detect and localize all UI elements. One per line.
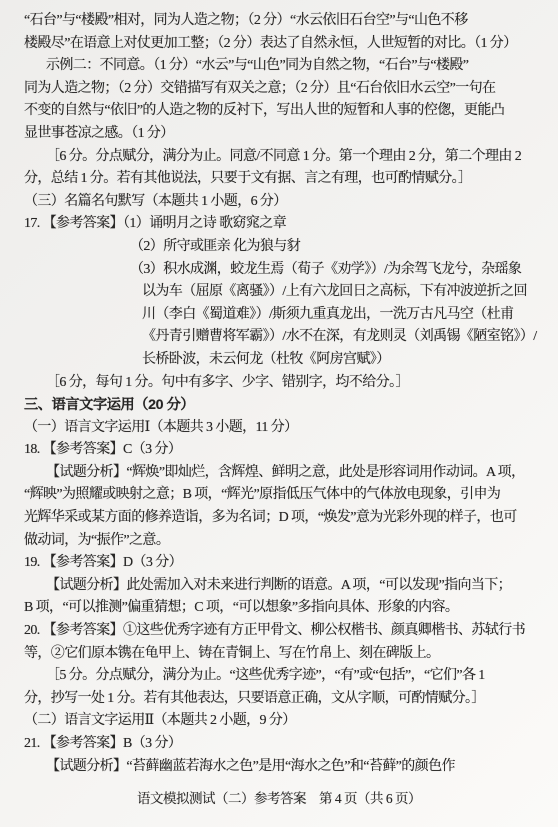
- text-line: “石台”与“楼殿”相对，同为人造之物；（2 分）“水云依旧石台空”与“山色不移: [24, 10, 552, 33]
- answer-text-block: “石台”与“楼殿”相对，同为人造之物；（2 分）“水云依旧石台空”与“山色不移楼…: [0, 0, 558, 778]
- page-footer: 语文模拟测试（二）参考答案 第 4 页（共 6 页）: [0, 787, 558, 807]
- text-line: 同为人造之物；（2 分）交错描写有双关之意；（2 分）且“石台依旧水云空”一句在: [24, 78, 552, 101]
- text-line: 长桥卧波，未云何龙（杜牧《阿房宫赋》）: [24, 349, 552, 372]
- text-line: （三）名篇名句默写（本题共 1 小题，6 分）: [24, 191, 552, 214]
- text-line: 分，抄写一处 1 分。若有其他表达，只要语意正确，文从字顺，可酌情赋分。］: [24, 688, 552, 711]
- text-line: 做动词，为“振作”之意。: [24, 530, 552, 553]
- text-line: （2）所守或匪亲 化为狼与豺: [24, 236, 552, 259]
- text-line: 20. 【参考答案】①这些优秀字迹有方正甲骨文、柳公权楷书、颜真卿楷书、苏轼行书: [24, 620, 552, 643]
- text-line: 川（李白《蜀道难》）/斯须九重真龙出，一洗万古凡马空（杜甫: [24, 304, 552, 327]
- text-line: 19. 【参考答案】D（3 分）: [24, 552, 552, 575]
- text-line: ［6 分，每句 1 分。句中有多字、少字、错别字，均不给分。］: [24, 372, 552, 395]
- text-line: 以为车（屈原《离骚》）/上有六龙回日之高标，下有冲波逆折之回: [24, 281, 552, 304]
- text-line: 不变的自然与“依旧”的人造之物的反衬下，写出人世的短暂和人事的倥偬，更能凸: [24, 100, 552, 123]
- text-line: “辉映”为照耀或映射之意；B 项，“辉光”原指低压气体中的气体放电现象，引申为: [24, 484, 552, 507]
- text-line: 分，总结 1 分。若有其他说法，只要于文有据、言之有理，也可酌情赋分。］: [24, 168, 552, 191]
- text-line: 《丹青引赠曹将军霸》）/水不在深，有龙则灵（刘禹锡《陋室铭》）/: [24, 326, 552, 349]
- text-line: 光辉华采或某方面的修养造诣，多为名词；D 项，“焕发”意为光彩外现的样子，也可: [24, 507, 552, 530]
- text-line: 楼殿尽”在语意上对仗更加工整；（2 分）表达了自然永恒，人世短暂的对比。（1 分…: [24, 33, 552, 56]
- text-line: 三、语言文字运用（20 分）: [24, 394, 552, 417]
- text-line: 17. 【参考答案】（1）诵明月之诗 歌窈窕之章: [24, 213, 552, 236]
- scanned-answer-page: “石台”与“楼殿”相对，同为人造之物；（2 分）“水云依旧石台空”与“山色不移楼…: [0, 0, 558, 827]
- text-line: 【试题分析】“辉焕”即灿烂，含辉煌、鲜明之意，此处是形容词用作动词。A 项，: [24, 462, 552, 485]
- text-line: 示例二：不同意。（1 分）“水云”与“山色”同为自然之物，“石台”与“楼殿”: [24, 55, 552, 78]
- text-line: （一）语言文字运用Ⅰ（本题共 3 小题，11 分）: [24, 417, 552, 440]
- text-line: （二）语言文字运用Ⅱ（本题共 2 小题，9 分）: [24, 710, 552, 733]
- text-line: 显世事苍凉之感。（1 分）: [24, 123, 552, 146]
- text-line: 【试题分析】“苔藓幽蓝若海水之色”是用“海水之色”和“苔藓”的颜色作: [24, 756, 552, 779]
- text-line: 18. 【参考答案】C（3 分）: [24, 439, 552, 462]
- text-line: ［5 分。分点赋分，满分为止。“这些优秀字迹”，“有”或“包括”，“它们”各 1: [24, 665, 552, 688]
- text-line: （3）积水成渊，蛟龙生焉（荀子《劝学》）/为余驾飞龙兮，杂瑶象: [24, 259, 552, 282]
- text-line: 等，②它们原本镌在龟甲上、铸在青铜上、写在竹帛上、刻在碑版上。: [24, 643, 552, 666]
- text-line: ［6 分。分点赋分，满分为止。同意/不同意 1 分。第一个理由 2 分，第二个理…: [24, 146, 552, 169]
- text-line: 【试题分析】此处需加入对未来进行判断的语意。A 项，“可以发现”指向当下；: [24, 575, 552, 598]
- text-line: 21. 【参考答案】B（3 分）: [24, 733, 552, 756]
- text-line: B 项，“可以推测”偏重猜想；C 项，“可以想象”多指向具体、形象的内容。: [24, 597, 552, 620]
